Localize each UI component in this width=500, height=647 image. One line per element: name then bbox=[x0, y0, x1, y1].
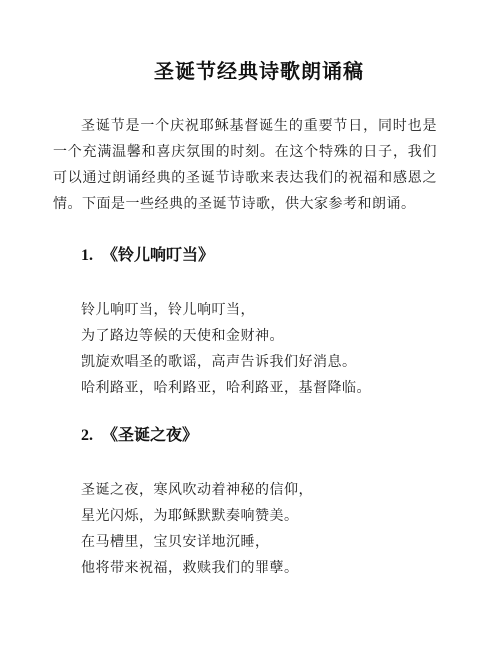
poem-1-line-3: 凯旋欢唱圣的歌谣，高声告诉我们好消息。 bbox=[53, 350, 437, 376]
section-2-heading: 2.《圣诞之夜》 bbox=[53, 423, 437, 449]
intro-paragraph: 圣诞节是一个庆祝耶稣基督诞生的重要节日，同时也是一个充满温馨和喜庆氛围的时刻。在… bbox=[53, 114, 437, 218]
section-1-number: 1. bbox=[81, 243, 93, 269]
poem-section-1: 1.《铃儿响叮当》 铃儿响叮当，铃儿响叮当， 为了路边等候的天使和金财神。 凯旋… bbox=[53, 243, 437, 402]
poem-section-2: 2.《圣诞之夜》 圣诞之夜，寒风吹动着神秘的信仰， 星光闪烁，为耶稣默默奏响赞美… bbox=[53, 423, 437, 582]
poem-2-line-4: 他将带来祝福，救赎我们的罪孽。 bbox=[53, 556, 437, 582]
document-page: 圣诞节经典诗歌朗诵稿 圣诞节是一个庆祝耶稣基督诞生的重要节日，同时也是一个充满温… bbox=[0, 0, 500, 647]
poem-2-line-1: 圣诞之夜，寒风吹动着神秘的信仰， bbox=[53, 478, 437, 504]
section-2-number: 2. bbox=[81, 423, 93, 449]
poem-2-line-3: 在马槽里，宝贝安详地沉睡， bbox=[53, 530, 437, 556]
poem-2: 圣诞之夜，寒风吹动着神秘的信仰， 星光闪烁，为耶稣默默奏响赞美。 在马槽里，宝贝… bbox=[53, 478, 437, 582]
poem-1-line-2: 为了路边等候的天使和金财神。 bbox=[53, 324, 437, 350]
section-1-heading: 1.《铃儿响叮当》 bbox=[53, 243, 437, 269]
poem-1-line-1: 铃儿响叮当，铃儿响叮当， bbox=[53, 298, 437, 324]
section-2-title: 《圣诞之夜》 bbox=[102, 427, 198, 444]
section-1-title: 《铃儿响叮当》 bbox=[102, 247, 214, 264]
poem-1-line-4: 哈利路亚，哈利路亚，哈利路亚，基督降临。 bbox=[53, 376, 437, 402]
poem-2-line-2: 星光闪烁，为耶稣默默奏响赞美。 bbox=[53, 504, 437, 530]
document-title: 圣诞节经典诗歌朗诵稿 bbox=[53, 57, 437, 87]
poem-1: 铃儿响叮当，铃儿响叮当， 为了路边等候的天使和金财神。 凯旋欢唱圣的歌谣，高声告… bbox=[53, 298, 437, 402]
